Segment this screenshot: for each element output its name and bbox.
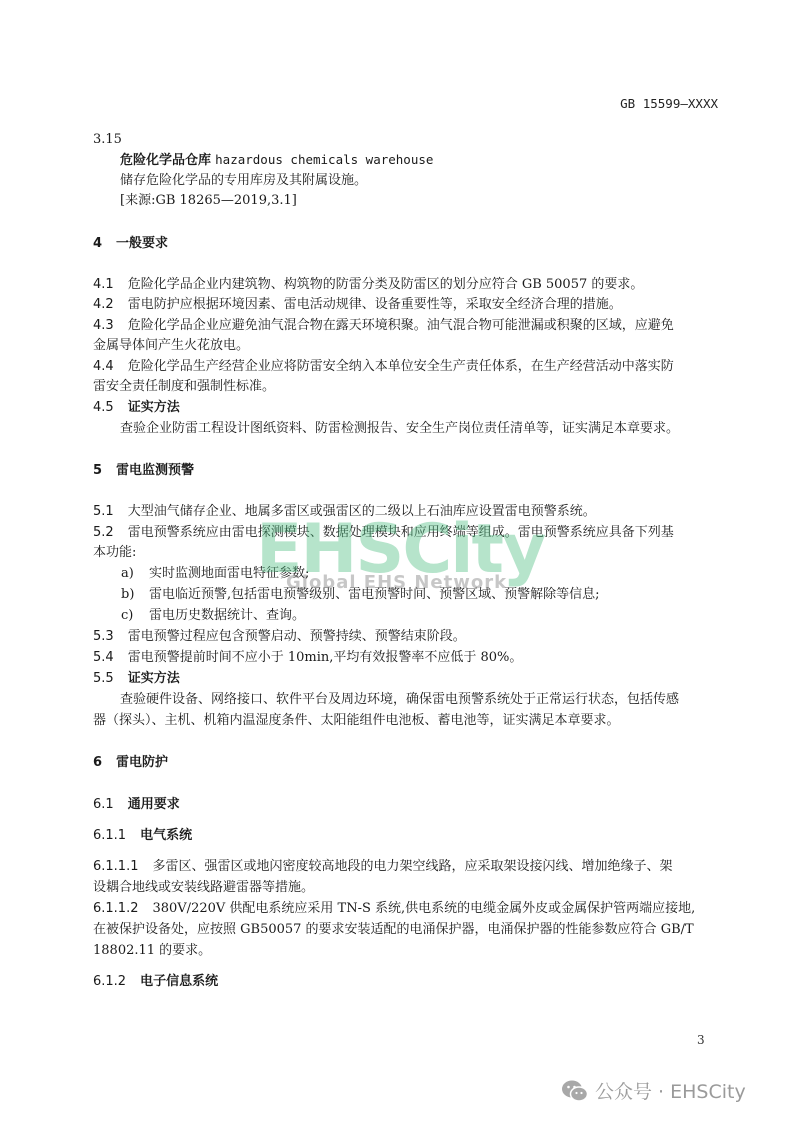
sub-6-1-2-heading: 6.1.2电子信息系统 (93, 972, 218, 992)
section-4-heading: 4一般要求 (93, 234, 168, 254)
clause-4-1: 4.1危险化学品企业内建筑物、构筑物的防雷分类及防雷区的划分应符合 GB 500… (93, 275, 643, 295)
clause-5-2-cont: 本功能: (93, 543, 136, 563)
clause-4-3-cont: 金属导体间产生火花放电。 (93, 336, 249, 356)
term-cn: 危险化学品仓库 (120, 153, 211, 168)
section-5-heading: 5雷电监测预警 (93, 461, 194, 481)
term-number: 3.15 (93, 130, 122, 150)
clause-5-5-body-cont: 器（探头）、主机、机箱内温湿度条件、太阳能组件电池板、蓄电池等，证实满足本章要求… (93, 711, 620, 731)
clause-5-1: 5.1大型油气储存企业、地属多雷区或强雷区的二级以上石油库应设置雷电预警系统。 (93, 502, 596, 522)
wechat-badge: 公众号 · EHSCity (561, 1077, 746, 1104)
list-item-a: a)实时监测地面雷电特征参数; (121, 564, 309, 584)
clause-4-4-cont: 雷安全责任制度和强制性标准。 (93, 377, 275, 397)
sub-6-1-1-heading: 6.1.1电气系统 (93, 826, 192, 846)
clause-5-2: 5.2雷电预警系统应由雷电探测模块、数据处理模块和应用终端等组成。雷电预警系统应… (93, 523, 674, 543)
sub-6-1-heading: 6.1通用要求 (93, 795, 180, 815)
clause-6-1-1-1: 6.1.1.1多雷区、强雷区或地闪密度较高地段的电力架空线路，应采取架设接闪线、… (93, 857, 673, 877)
clause-5-5-body: 查验硬件设备、网络接口、软件平台及周边环境，确保雷电预警系统处于正常运行状态，包… (120, 690, 679, 710)
clause-6-1-1-2-cont1: 在被保护设备处，应按照 GB50057 的要求安装适配的电涌保护器，电涌保护器的… (93, 920, 694, 940)
clause-5-3: 5.3雷电预警过程应包含预警启动、预警持续、预警结束阶段。 (93, 627, 466, 647)
term-heading: 危险化学品仓库 hazardous chemicals warehouse (120, 150, 433, 171)
clause-6-1-1-1-cont: 设耦合地线或安装线路避雷器等措施。 (93, 878, 314, 898)
page-number: 3 (697, 1033, 705, 1047)
clause-4-3: 4.3危险化学品企业应避免油气混合物在露天环境积聚。油气混合物可能泄漏或积聚的区… (93, 316, 674, 336)
section-6-heading: 6雷电防护 (93, 753, 168, 773)
document-page: GB 15599—XXXX 3.15 危险化学品仓库 hazardous che… (0, 0, 794, 1123)
clause-5-5-heading: 5.5证实方法 (93, 669, 180, 689)
term-en: hazardous chemicals warehouse (215, 152, 433, 167)
clause-5-4: 5.4雷电预警提前时间不应小于 10min,平均有效报警率不应低于 80%。 (93, 648, 522, 668)
list-item-c: c)雷电历史数据统计、查询。 (121, 606, 305, 626)
clause-4-2: 4.2雷电防护应根据环境因素、雷电活动规律、设备重要性等，采取安全经济合理的措施… (93, 295, 622, 315)
clause-6-1-1-2: 6.1.1.2380V/220V 供配电系统应采用 TN-S 系统,供电系统的电… (93, 899, 695, 919)
clause-4-4: 4.4危险化学品生产经营企业应将防雷安全纳入本单位安全生产责任体系，在生产经营活… (93, 357, 674, 377)
wechat-label: 公众号 · EHSCity (595, 1077, 746, 1104)
standard-code: GB 15599—XXXX (620, 96, 718, 111)
list-item-b: b)雷电临近预警,包括雷电预警级别、雷电预警时间、预警区域、预警解除等信息; (121, 585, 600, 605)
clause-4-5-heading: 4.5证实方法 (93, 398, 180, 418)
term-definition: 储存危险化学品的专用库房及其附属设施。 (120, 171, 367, 191)
wechat-icon (561, 1079, 589, 1103)
clause-4-5-body: 查验企业防雷工程设计图纸资料、防雷检测报告、安全生产岗位责任清单等，证实满足本章… (120, 419, 679, 439)
clause-6-1-1-2-cont2: 18802.11 的要求。 (93, 941, 211, 961)
term-source: [来源:GB 18265—2019,3.1] (120, 191, 297, 211)
